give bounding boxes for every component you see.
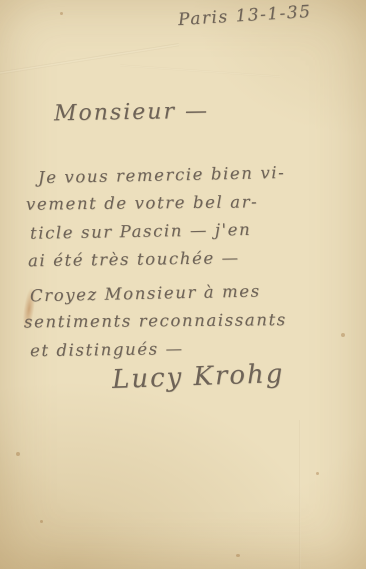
foxing-spot <box>316 472 319 475</box>
foxing-spot <box>40 520 43 523</box>
paper-crease <box>0 43 179 76</box>
letter-signature: Lucy Krohg <box>112 359 285 395</box>
letter-body-line: sentiments reconnaissants <box>24 306 354 337</box>
letter-body: Je vous remercie bien vi- vement de votr… <box>24 161 354 363</box>
letter-body-line: et distingués — <box>24 333 354 366</box>
foxing-spot <box>60 12 63 15</box>
foxing-spot <box>16 452 20 456</box>
letter-body-line: ai été très touchée — <box>24 243 354 276</box>
letter-salutation: Monsieur — <box>54 99 209 127</box>
foxing-spot <box>236 554 240 557</box>
paper-crease <box>299 420 301 569</box>
paper-crease <box>120 64 280 77</box>
letter-dateline: Paris 13-1-35 <box>178 2 313 30</box>
letter-paper: Paris 13-1-35 Monsieur — Je vous remerci… <box>0 0 366 569</box>
